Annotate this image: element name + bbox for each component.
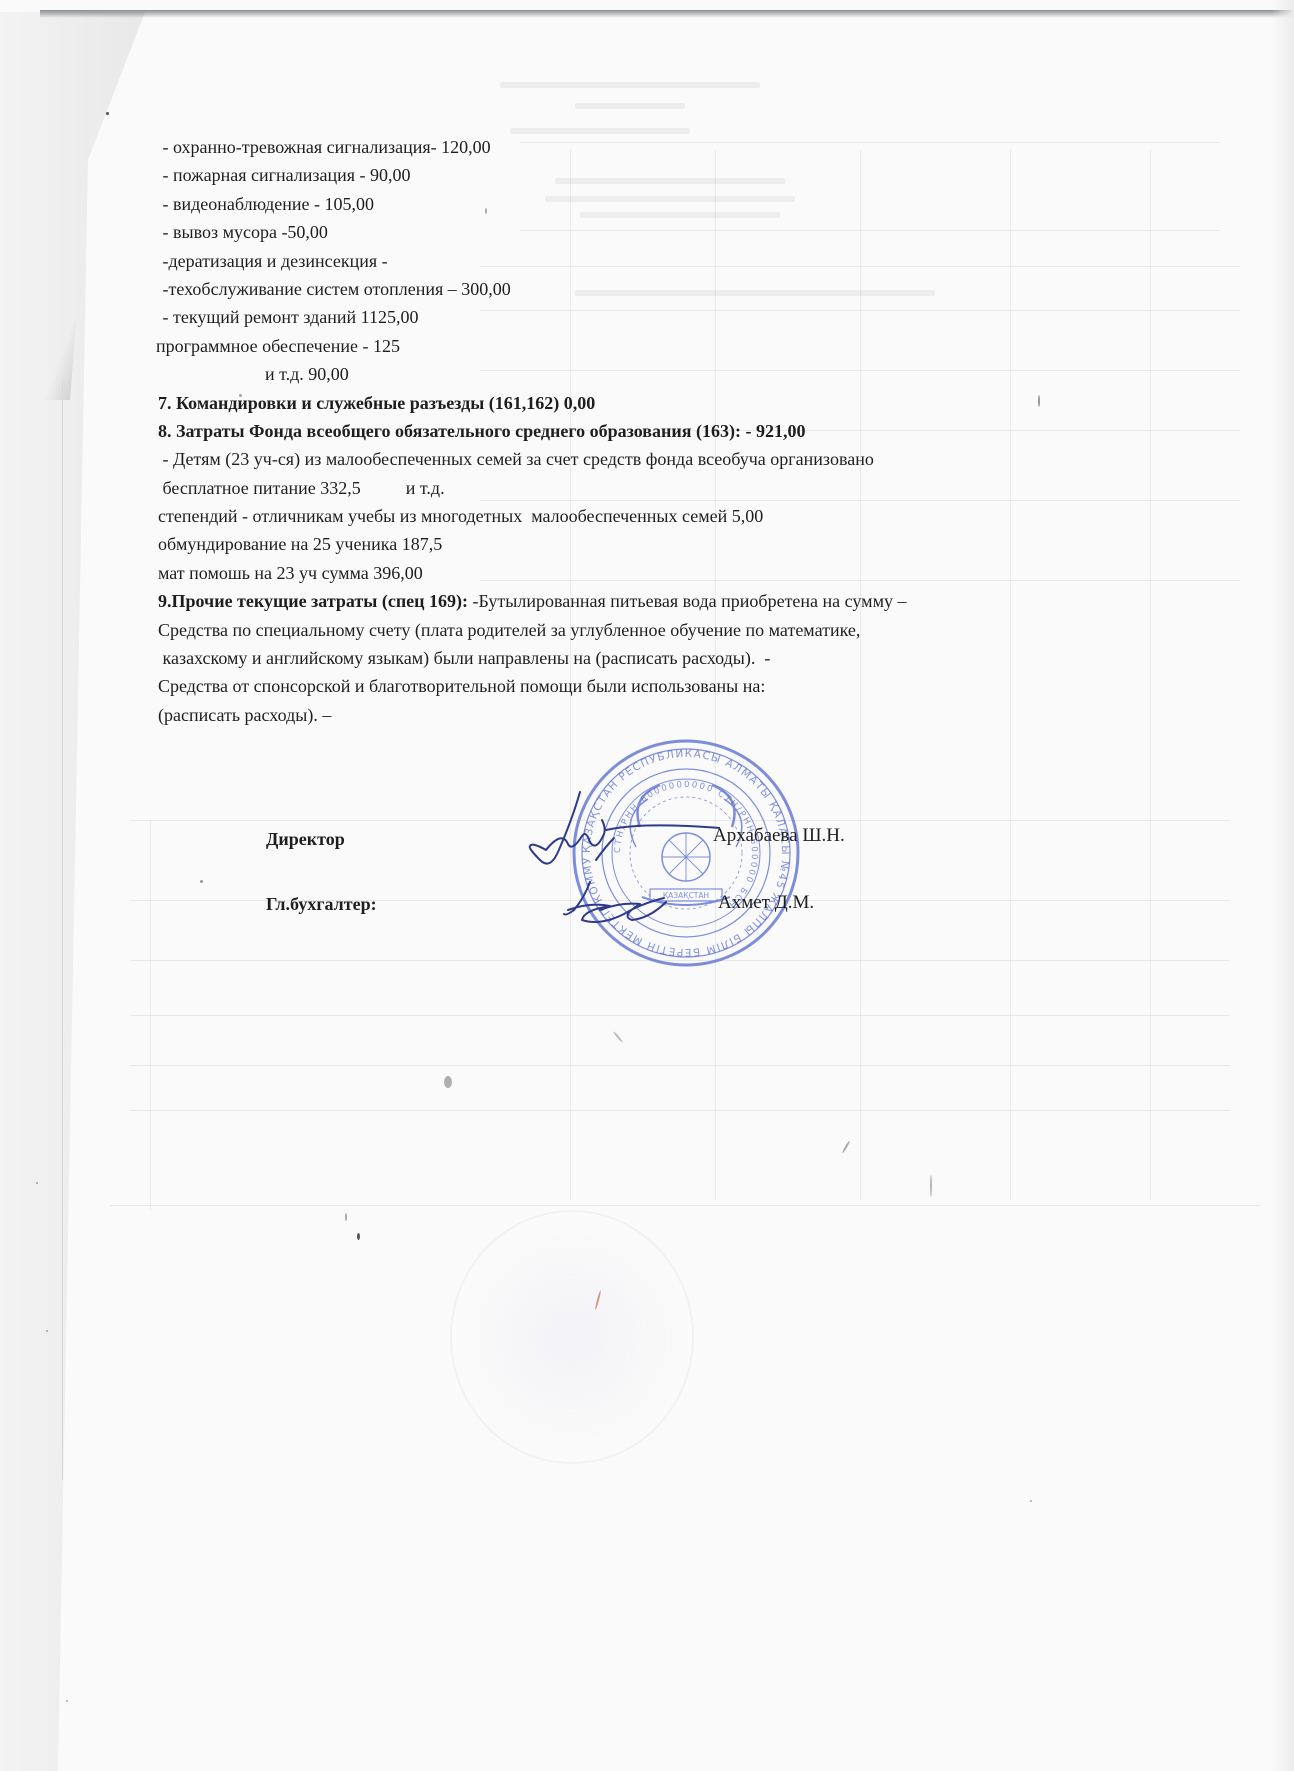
section-9-line: 9.Прочие текущие затраты (спец 169): -Бу… xyxy=(158,587,1058,615)
section-7-heading: 7. Командировки и служебные разъезды (16… xyxy=(158,389,1058,417)
line-children-meals: - Детям (23 уч-ся) из малообеспеченных с… xyxy=(158,445,1058,473)
scan-speck xyxy=(444,1076,452,1088)
scan-right-edge xyxy=(1272,0,1294,1771)
document-body: - охранно-тревожная сигнализация- 120,00… xyxy=(158,133,1058,729)
line-special-account-cont: казахскому и английскому языкам) были на… xyxy=(158,644,1058,672)
director-name: Архабаева Ш.Н. xyxy=(713,825,845,847)
line-pest-control: -дератизация и дезинсекция - xyxy=(158,247,1058,275)
line-etc-amount: и т.д. 90,00 xyxy=(158,360,1058,388)
scan-speck xyxy=(345,1213,347,1221)
scan-top-edge xyxy=(40,10,1294,18)
line-scholarships: степендий - отличникам учебы из многодет… xyxy=(158,502,1058,530)
scan-speck xyxy=(357,1233,360,1240)
line-sponsor-funds: Средства от спонсорской и благотворитель… xyxy=(158,672,1058,700)
accountant-role: Гл.бухгалтер: xyxy=(266,894,377,915)
line-security-alarm: - охранно-тревожная сигнализация- 120,00 xyxy=(158,133,1058,161)
line-building-repair: - текущий ремонт зданий 1125,00 xyxy=(158,303,1058,331)
line-special-account: Средства по специальному счету (плата ро… xyxy=(158,616,1058,644)
scan-speck xyxy=(106,112,109,115)
scan-speck xyxy=(46,1330,48,1332)
line-financial-aid: мат помошь на 23 уч сумма 396,00 xyxy=(158,559,1058,587)
scan-speck xyxy=(36,1182,38,1184)
accountant-name: Ахмет Д.М. xyxy=(718,892,814,914)
scan-speck xyxy=(842,1140,851,1153)
line-garbage-removal: - вывоз мусора -50,00 xyxy=(158,218,1058,246)
scan-speck xyxy=(485,208,487,214)
accountant-signature xyxy=(560,880,670,930)
director-signature xyxy=(510,790,720,875)
scanned-page: - охранно-тревожная сигнализация- 120,00… xyxy=(0,0,1294,1771)
line-software: программное обеспечение - 125 xyxy=(156,332,1058,360)
scan-speck xyxy=(66,1700,68,1702)
section-8-heading: 8. Затраты Фонда всеобщего обязательного… xyxy=(158,417,1058,445)
director-role: Директор xyxy=(266,829,345,850)
scan-speck xyxy=(239,394,242,397)
section-9-water: -Бутылированная питьевая вода приобретен… xyxy=(473,591,907,611)
line-describe-expenses: (расписать расходы). – xyxy=(158,701,1058,729)
line-fire-alarm: - пожарная сигнализация - 90,00 xyxy=(158,161,1058,189)
scan-speck xyxy=(1030,1500,1032,1502)
scan-speck xyxy=(930,1175,932,1197)
line-video-surveillance: - видеонаблюдение - 105,00 xyxy=(158,190,1058,218)
line-free-meals: бесплатное питание 332,5 и т.д. xyxy=(158,474,1058,502)
line-heating-maintenance: -техобслуживание систем отопления – 300,… xyxy=(158,275,1058,303)
margin-crease xyxy=(62,380,63,1480)
scan-speck xyxy=(1038,395,1040,407)
section-9-heading: 9.Прочие текущие затраты (спец 169): xyxy=(158,591,473,611)
line-uniforms: обмундирование на 25 ученика 187,5 xyxy=(158,530,1058,558)
scan-speck xyxy=(613,1031,624,1043)
scan-speck xyxy=(200,880,203,883)
